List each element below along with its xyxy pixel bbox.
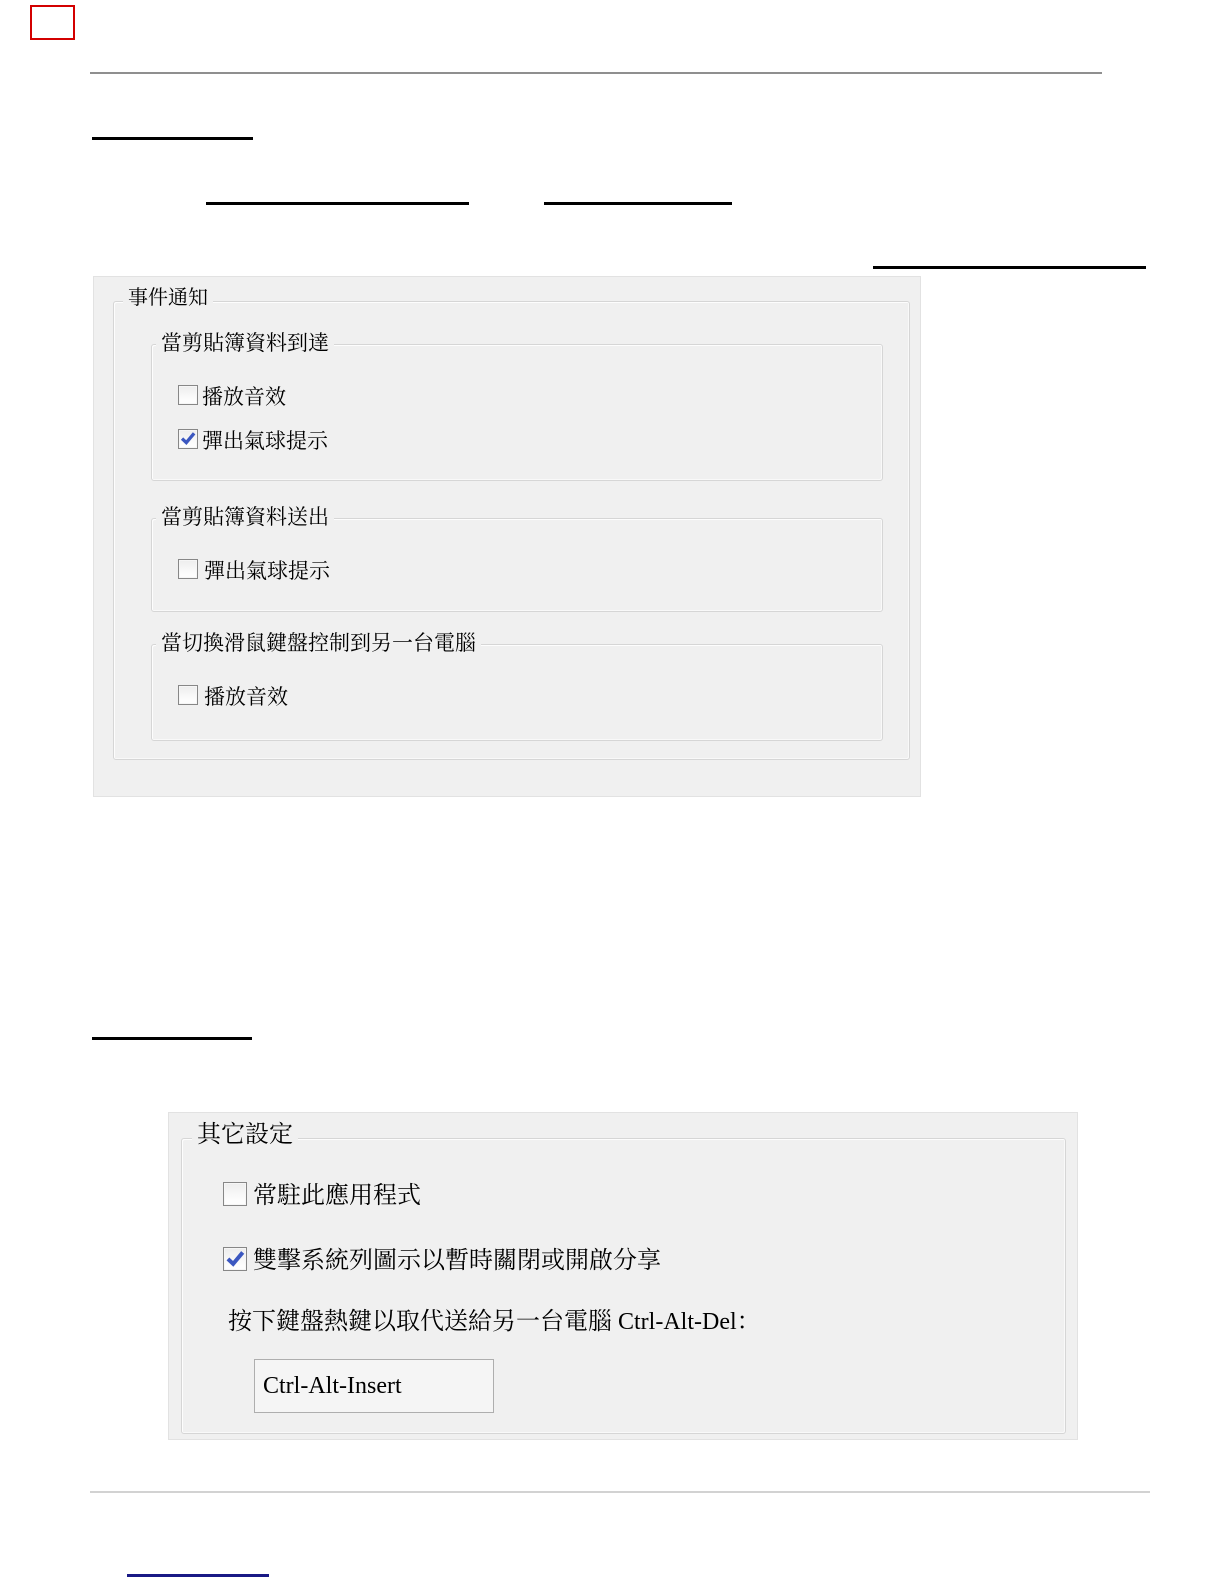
link-underline-4[interactable] <box>873 266 1146 269</box>
event-notification-title: 事件通知 <box>123 287 213 309</box>
link-underline-1[interactable] <box>92 137 253 140</box>
other-settings-screenshot: 其它設定 常駐此應用程式 雙擊系統列圖示以暫時關閉或開啟分享 按下鍵盤熱鍵以取代… <box>168 1112 1078 1440</box>
clipboard-arrive-groupbox <box>151 344 883 481</box>
play-sound-arrive-checkbox[interactable] <box>178 385 198 405</box>
event-notification-screenshot: 事件通知 當剪貼簿資料到達 播放音效 彈出氣球提示 當剪貼簿資料送出 彈出氣球提… <box>93 276 921 797</box>
play-sound-arrive-label: 播放音效 <box>202 386 286 408</box>
hotkey-prompt-label: 按下鍵盤熱鍵以取代送給另一台電腦 Ctrl-Alt-Del： <box>228 1310 761 1335</box>
balloon-tip-send-label: 彈出氣球提示 <box>204 560 330 582</box>
balloon-tip-arrive-label: 彈出氣球提示 <box>202 430 328 452</box>
link-underline-2[interactable] <box>206 202 469 205</box>
broken-image-placeholder <box>30 5 75 40</box>
document-page: 事件通知 當剪貼簿資料到達 播放音效 彈出氣球提示 當剪貼簿資料送出 彈出氣球提… <box>0 0 1224 1584</box>
tray-doubleclick-label: 雙擊系統列圖示以暫時關閉或開啟分享 <box>253 1249 661 1274</box>
link-underline-5[interactable] <box>92 1037 252 1040</box>
stay-resident-label: 常駐此應用程式 <box>253 1184 421 1209</box>
link-underline-3[interactable] <box>544 202 732 205</box>
switch-control-title: 當切換滑鼠鍵盤控制到另一台電腦 <box>156 632 481 655</box>
play-sound-switch-label: 播放音效 <box>204 686 288 708</box>
footer-link-underline[interactable] <box>127 1574 269 1577</box>
balloon-tip-send-checkbox[interactable] <box>178 559 198 579</box>
top-divider <box>90 72 1102 74</box>
hotkey-input[interactable] <box>254 1359 494 1413</box>
check-icon <box>223 1246 248 1271</box>
play-sound-switch-checkbox[interactable] <box>178 685 198 705</box>
balloon-tip-arrive-checkbox[interactable] <box>178 429 198 449</box>
check-icon <box>178 428 198 448</box>
clipboard-send-title: 當剪貼簿資料送出 <box>156 506 334 529</box>
clipboard-arrive-title: 當剪貼簿資料到達 <box>156 332 334 355</box>
tray-doubleclick-checkbox[interactable] <box>223 1247 247 1271</box>
stay-resident-checkbox[interactable] <box>223 1182 247 1206</box>
other-settings-title: 其它設定 <box>192 1122 298 1148</box>
bottom-divider <box>90 1491 1150 1493</box>
